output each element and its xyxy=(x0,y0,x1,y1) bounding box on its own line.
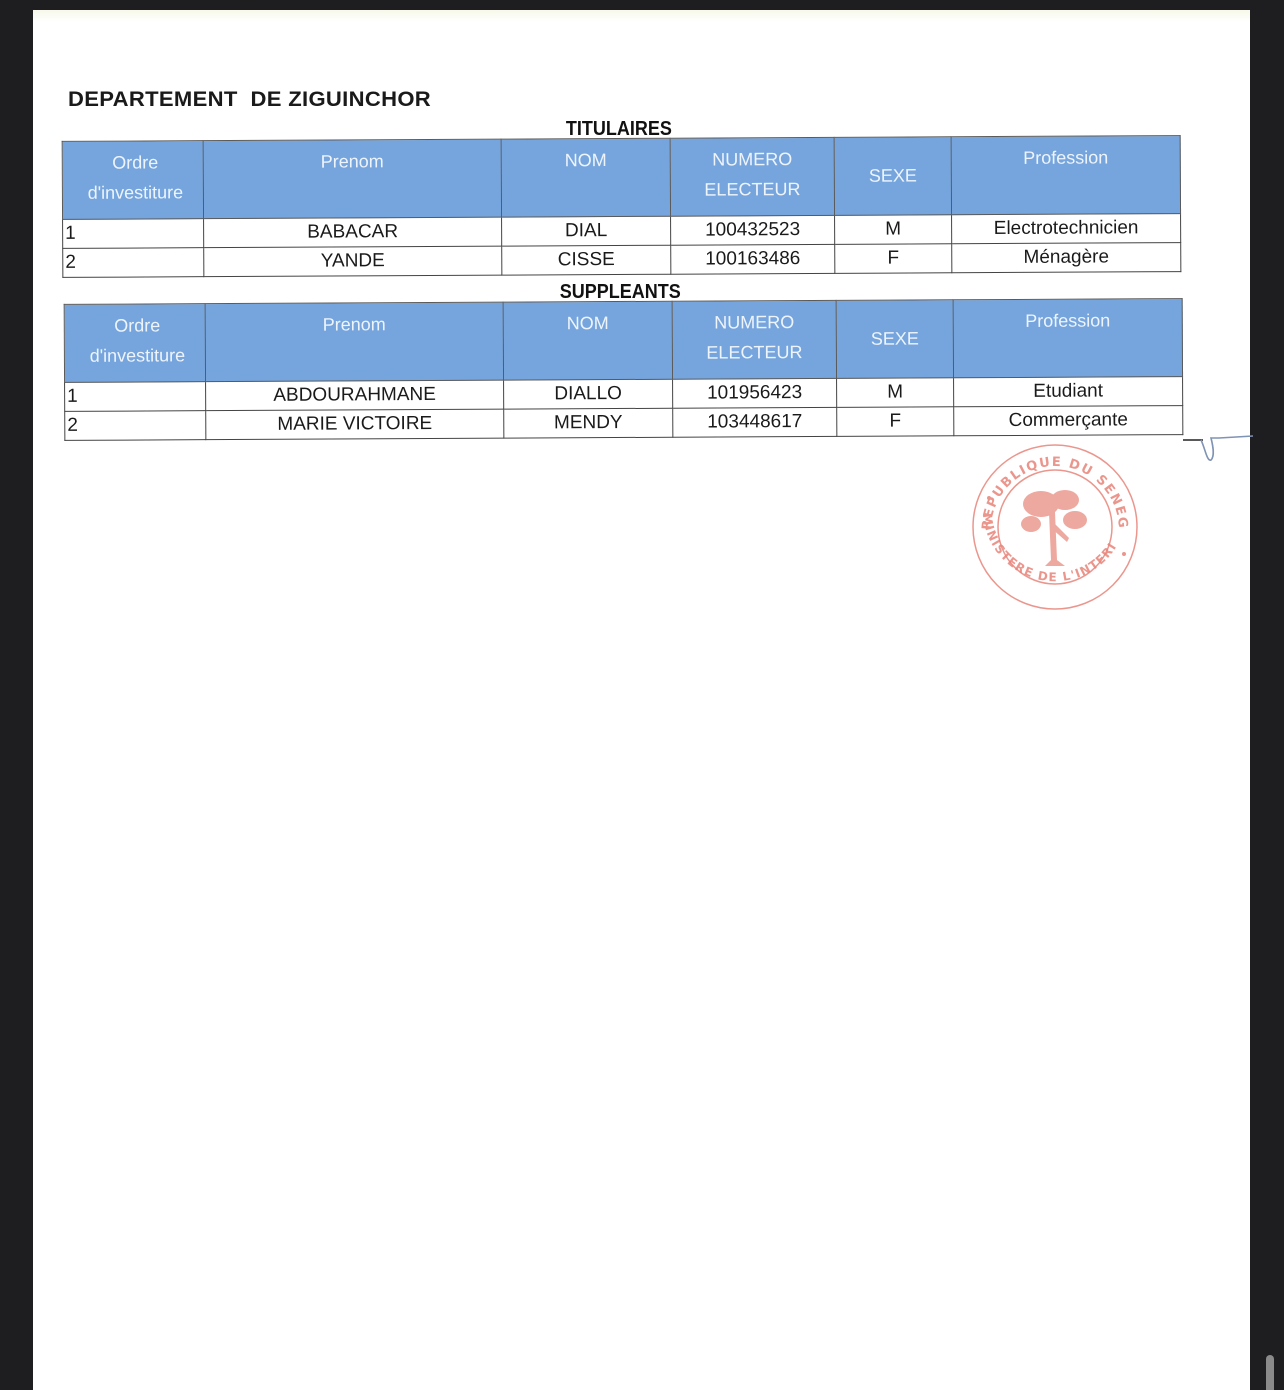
cell-ordre: 2 xyxy=(63,248,204,278)
col-nom: NOM xyxy=(501,138,670,217)
col-prenom: Prenom xyxy=(205,302,503,382)
cell-prenom: YANDE xyxy=(204,246,502,277)
cell-nom: MENDY xyxy=(504,408,673,438)
cell-prenom: ABDOURAHMANE xyxy=(206,380,504,411)
cell-nom: CISSE xyxy=(502,245,671,275)
col-sexe: SEXE xyxy=(834,137,951,216)
department-title: DEPARTEMENT DE ZIGUINCHOR xyxy=(68,88,431,112)
cell-ordre: 1 xyxy=(65,382,206,412)
suppleants-table: Ordred'investiture Prenom NOM NUMEROELEC… xyxy=(64,298,1184,441)
signature-mark-icon xyxy=(1183,428,1263,468)
table-row: 2 MARIE VICTOIRE MENDY 103448617 F Comme… xyxy=(65,406,1183,441)
titulaires-table: Ordred'investiture Prenom NOM NUMEROELEC… xyxy=(62,135,1182,278)
cell-profession: Ménagère xyxy=(952,243,1181,273)
col-nom: NOM xyxy=(503,301,672,380)
cell-sexe: F xyxy=(835,244,952,274)
cell-profession: Etudiant xyxy=(954,377,1183,407)
document-page: DEPARTEMENT DE ZIGUINCHOR TITULAIRES Ord… xyxy=(33,10,1250,1390)
cell-prenom: BABACAR xyxy=(204,217,502,248)
cell-sexe: M xyxy=(837,378,954,408)
col-sexe: SEXE xyxy=(836,300,953,379)
col-numero-electeur: NUMEROELECTEUR xyxy=(670,137,834,216)
cell-profession: Commerçante xyxy=(954,406,1183,436)
cell-sexe: M xyxy=(835,215,952,245)
col-ordre: Ordred'investiture xyxy=(64,304,205,383)
cell-ordre: 2 xyxy=(65,411,206,441)
cell-prenom: MARIE VICTOIRE xyxy=(206,409,504,440)
official-stamp-icon: REPUBLIQUE DU SENEGAL MINISTERE DE L'INT… xyxy=(969,442,1141,612)
cell-ordre: 1 xyxy=(63,219,204,249)
table-row: 2 YANDE CISSE 100163486 F Ménagère xyxy=(63,243,1181,278)
cell-numero: 100432523 xyxy=(671,215,835,245)
cell-sexe: F xyxy=(837,407,954,437)
cell-profession: Electrotechnicien xyxy=(952,214,1181,244)
scrollbar-thumb[interactable] xyxy=(1266,1355,1274,1390)
cell-numero: 100163486 xyxy=(671,244,835,274)
cell-numero: 103448617 xyxy=(673,407,837,437)
cell-numero: 101956423 xyxy=(673,378,837,408)
scan-edge xyxy=(33,10,1250,22)
col-profession: Profession xyxy=(951,136,1180,215)
col-profession: Profession xyxy=(953,299,1182,378)
cell-nom: DIAL xyxy=(502,216,671,246)
cell-nom: DIALLO xyxy=(504,379,673,409)
col-numero-electeur: NUMEROELECTEUR xyxy=(672,300,836,379)
col-prenom: Prenom xyxy=(203,139,501,219)
col-ordre: Ordred'investiture xyxy=(62,141,203,220)
